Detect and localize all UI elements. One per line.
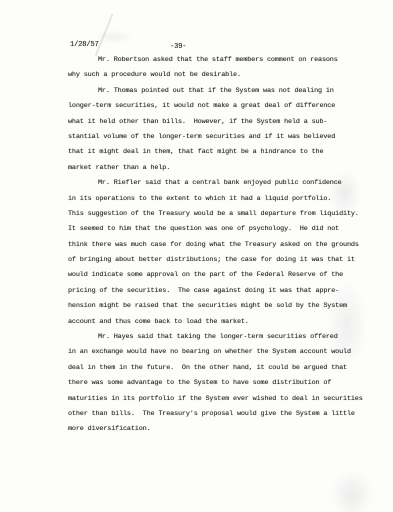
- page-number: -39-: [170, 43, 186, 51]
- document-line: what it held other than bills. However, …: [68, 115, 368, 130]
- document-line: maturities in its portfolio if the Syste…: [68, 392, 368, 407]
- paragraph: Mr. Hayes said that taking the longer-te…: [68, 330, 368, 438]
- paragraph: Mr. Thomas pointed out that if the Syste…: [68, 84, 368, 176]
- document-line: deal in them in the future. On the other…: [68, 361, 368, 376]
- document-line: in its operations to the extent to which…: [68, 192, 368, 207]
- document-line: Mr. Riefler said that a central bank enj…: [68, 176, 368, 191]
- document-line: stantial volume of the longer-term secur…: [68, 130, 368, 145]
- document-line: account and thus come back to load the m…: [68, 315, 368, 330]
- page-body: Mr. Robertson asked that the staff membe…: [68, 53, 368, 438]
- document-line: Mr. Robertson asked that the staff membe…: [68, 53, 368, 68]
- scan-smudge: [330, 470, 374, 512]
- document-line: of bringing about better distributions; …: [68, 253, 368, 268]
- scanned-document-page: 1/28/57 -39- Mr. Robertson asked that th…: [0, 0, 393, 512]
- document-date: 1/28/57: [70, 41, 99, 49]
- document-line: This suggestion of the Treasury would be…: [68, 207, 368, 222]
- scan-smudge: [94, 30, 134, 44]
- document-line: more diversification.: [68, 422, 368, 437]
- paragraph: Mr. Riefler said that a central bank enj…: [68, 176, 368, 330]
- document-line: longer-term securities, it would not mak…: [68, 99, 368, 114]
- scan-scratch-mark: [94, 13, 113, 56]
- document-line: would indicate some approval on the part…: [68, 268, 368, 283]
- document-line: pricing of the securities. The case agai…: [68, 284, 368, 299]
- document-line: other than bills. The Treasury's proposa…: [68, 407, 368, 422]
- document-line: think there was much case for doing what…: [68, 238, 368, 253]
- document-line: there was some advantage to the System t…: [68, 376, 368, 391]
- paragraph: Mr. Robertson asked that the staff membe…: [68, 53, 368, 84]
- document-line: in an exchange would have no bearing on …: [68, 345, 368, 360]
- document-line: Mr. Hayes said that taking the longer-te…: [68, 330, 368, 345]
- document-line: It seemed to him that the question was o…: [68, 222, 368, 237]
- document-line: that it might deal in them, that fact mi…: [68, 145, 368, 160]
- document-line: market rather than a help.: [68, 161, 368, 176]
- document-line: why such a procedure would not be desira…: [68, 68, 368, 83]
- document-line: Mr. Thomas pointed out that if the Syste…: [68, 84, 368, 99]
- document-line: hension might be raised that the securit…: [68, 299, 368, 314]
